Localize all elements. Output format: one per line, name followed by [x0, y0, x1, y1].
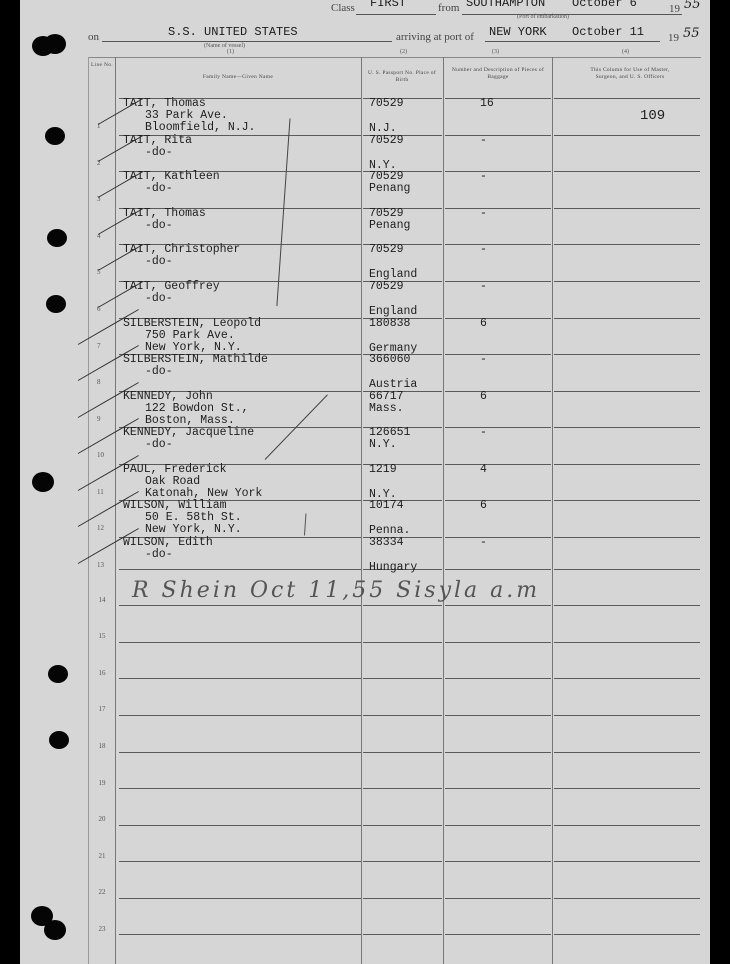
- passenger-address-line1: -do-: [145, 549, 173, 561]
- passenger-name: KENNEDY, Jacqueline: [123, 427, 254, 439]
- arrival-year-suffix: 55: [683, 26, 700, 41]
- baggage-count: 16: [480, 98, 494, 110]
- passport-number: 180838: [369, 318, 410, 330]
- row-rule: [119, 752, 361, 753]
- row-rule: [445, 135, 551, 136]
- row-rule: [445, 752, 551, 753]
- from-underline: [462, 14, 682, 15]
- empty-line-number: 19: [95, 779, 109, 787]
- row-rule: [363, 642, 442, 643]
- place-of-birth: N.Y.: [369, 439, 397, 451]
- row-line-number: 7: [97, 340, 101, 352]
- baggage-count: 6: [480, 318, 487, 330]
- row-rule: [554, 752, 700, 753]
- row-rule: [119, 678, 361, 679]
- class-label: Class: [331, 2, 355, 14]
- row-rule: [363, 678, 442, 679]
- departure-year-prefix: 19: [669, 3, 680, 15]
- empty-line-number: 16: [95, 669, 109, 677]
- passenger-address-line1: -do-: [145, 220, 173, 232]
- port-of-embarkation-caption: (Port of embarkation): [517, 14, 569, 20]
- punch-hole: [48, 665, 68, 683]
- row-rule: [554, 715, 700, 716]
- row-rule: [445, 788, 551, 789]
- baggage-count: -: [480, 354, 487, 366]
- officer-note: 109: [640, 110, 665, 122]
- row-rule: [445, 318, 551, 319]
- empty-line-number: 20: [95, 815, 109, 823]
- punch-hole: [44, 34, 66, 54]
- passenger-address-line1: -do-: [145, 439, 173, 451]
- row-rule: [119, 788, 361, 789]
- table-top-border: [88, 57, 701, 58]
- empty-line-number: 14: [95, 596, 109, 604]
- place-of-birth: Penang: [369, 183, 410, 195]
- row-rule: [363, 605, 442, 606]
- row-rule: [554, 135, 700, 136]
- row-rule: [445, 500, 551, 501]
- row-rule: [119, 825, 361, 826]
- row-rule: [554, 171, 700, 172]
- passport-number: 70529: [369, 281, 404, 293]
- row-rule: [554, 244, 700, 245]
- passport-number: 70529: [369, 244, 404, 256]
- row-rule: [554, 825, 700, 826]
- row-rule: [445, 934, 551, 935]
- row-line-number: 9: [97, 413, 101, 425]
- row-rule: [445, 861, 551, 862]
- place-of-birth: Hungary: [369, 562, 417, 574]
- row-rule: [445, 605, 551, 606]
- header-name: Family Name—Given Name: [115, 74, 361, 81]
- port-of-embarkation: SOUTHAMPTON: [466, 0, 545, 10]
- place-of-birth: Penang: [369, 220, 410, 232]
- row-rule: [119, 715, 361, 716]
- class-underline: [356, 14, 436, 15]
- empty-line-number: 23: [95, 925, 109, 933]
- vessel-underline: [102, 41, 392, 42]
- header-officers: This Column for Use of Master, Surgeon, …: [590, 67, 670, 81]
- on-label: on: [88, 31, 99, 43]
- baggage-count: -: [480, 281, 487, 293]
- row-rule: [445, 244, 551, 245]
- baggage-count: 6: [480, 391, 487, 403]
- row-rule: [554, 464, 700, 465]
- passenger-address-line1: -do-: [145, 293, 173, 305]
- passport-number: 1219: [369, 464, 397, 476]
- row-rule: [554, 642, 700, 643]
- baggage-col-divider: [552, 57, 553, 964]
- header-line-no: Line No.: [90, 62, 114, 69]
- column-number-3: (3): [492, 49, 499, 55]
- row-rule: [363, 825, 442, 826]
- row-rule: [119, 861, 361, 862]
- passport-number: 10174: [369, 500, 404, 512]
- baggage-count: -: [480, 208, 487, 220]
- baggage-count: -: [480, 135, 487, 147]
- arrival-port: NEW YORK: [489, 25, 547, 39]
- column-number-4: (4): [622, 49, 629, 55]
- row-rule: [554, 537, 700, 538]
- punch-hole: [45, 127, 65, 145]
- table-left-border: [88, 57, 89, 964]
- punch-hole: [44, 920, 66, 940]
- row-rule: [445, 537, 551, 538]
- row-rule: [363, 788, 442, 789]
- class-value: FIRST: [370, 0, 406, 10]
- row-rule: [554, 605, 700, 606]
- row-line-number: 13: [97, 559, 104, 571]
- row-rule: [554, 208, 700, 209]
- row-rule: [445, 715, 551, 716]
- passport-number: 366060: [369, 354, 410, 366]
- row-rule: [119, 642, 361, 643]
- row-rule: [363, 715, 442, 716]
- column-number-2: (2): [400, 49, 407, 55]
- empty-line-number: 18: [95, 742, 109, 750]
- passport-number: 70529: [369, 135, 404, 147]
- row-rule: [119, 934, 361, 935]
- passenger-address-line1: -do-: [145, 256, 173, 268]
- row-line-number: 11: [97, 486, 104, 498]
- vessel-name: S.S. UNITED STATES: [168, 25, 298, 39]
- row-rule: [554, 281, 700, 282]
- row-rule: [554, 678, 700, 679]
- row-rule: [119, 898, 361, 899]
- arrival-underline: [485, 41, 660, 42]
- row-rule: [363, 861, 442, 862]
- row-line-number: 12: [97, 522, 104, 534]
- name-col-divider: [361, 57, 362, 964]
- departure-date: October 6: [572, 0, 637, 10]
- row-rule: [445, 281, 551, 282]
- arrival-date: October 11: [572, 25, 644, 39]
- baggage-count: -: [480, 537, 487, 549]
- passport-number: 70529: [369, 98, 404, 110]
- row-rule: [363, 898, 442, 899]
- row-rule: [119, 605, 361, 606]
- row-rule: [554, 354, 700, 355]
- passport-number: 38334: [369, 537, 404, 549]
- arriving-label: arriving at port of: [396, 31, 474, 43]
- row-rule: [445, 427, 551, 428]
- row-rule: [445, 678, 551, 679]
- header-baggage: Number and Description of Pieces of Bagg…: [448, 67, 548, 81]
- passenger-address-line1: -do-: [145, 147, 173, 159]
- line-col-divider: [115, 57, 116, 964]
- row-rule: [554, 788, 700, 789]
- row-rule: [445, 354, 551, 355]
- punch-hole: [49, 731, 69, 749]
- departure-year-suffix: 55: [684, 0, 701, 12]
- baggage-count: -: [480, 244, 487, 256]
- row-line-number: 10: [97, 449, 104, 461]
- row-rule: [363, 934, 442, 935]
- row-rule: [554, 98, 700, 99]
- baggage-count: 6: [480, 500, 487, 512]
- punch-hole: [32, 472, 54, 492]
- row-rule: [554, 898, 700, 899]
- row-rule: [554, 391, 700, 392]
- row-rule: [554, 569, 700, 570]
- punch-hole: [47, 229, 67, 247]
- punch-hole: [46, 295, 66, 313]
- row-rule: [445, 171, 551, 172]
- header-passport: U. S. Passport No. Place of Birth: [366, 70, 438, 84]
- row-rule: [445, 898, 551, 899]
- row-rule: [119, 569, 361, 570]
- empty-line-number: 22: [95, 888, 109, 896]
- row-rule: [554, 500, 700, 501]
- row-rule: [554, 934, 700, 935]
- passenger-address-line2: New York, N.Y.: [145, 524, 242, 536]
- row-rule: [554, 318, 700, 319]
- row-rule: [363, 752, 442, 753]
- row-rule: [445, 464, 551, 465]
- arrival-year-prefix: 19: [668, 32, 679, 44]
- from-label: from: [438, 2, 459, 14]
- baggage-count: 4: [480, 464, 487, 476]
- row-rule: [445, 569, 551, 570]
- passport-col-divider: [443, 57, 444, 964]
- row-rule: [554, 427, 700, 428]
- empty-line-number: 15: [95, 632, 109, 640]
- passenger-address-line1: -do-: [145, 183, 173, 195]
- row-rule: [445, 825, 551, 826]
- row-line-number: 8: [97, 376, 101, 388]
- handwritten-note: R Shein Oct 11,55 Sisyla a.m: [132, 578, 540, 603]
- column-number-1: (1): [227, 49, 234, 55]
- empty-line-number: 17: [95, 705, 109, 713]
- passenger-address-line1: -do-: [145, 366, 173, 378]
- baggage-count: -: [480, 427, 487, 439]
- row-rule: [445, 642, 551, 643]
- passenger-address-line2: Bloomfield, N.J.: [145, 122, 255, 134]
- vessel-caption: (Name of vessel): [204, 43, 245, 49]
- row-rule: [554, 861, 700, 862]
- row-rule: [445, 98, 551, 99]
- place-of-birth: Mass.: [369, 403, 404, 415]
- baggage-count: -: [480, 171, 487, 183]
- row-rule: [445, 208, 551, 209]
- empty-line-number: 21: [95, 852, 109, 860]
- row-rule: [445, 391, 551, 392]
